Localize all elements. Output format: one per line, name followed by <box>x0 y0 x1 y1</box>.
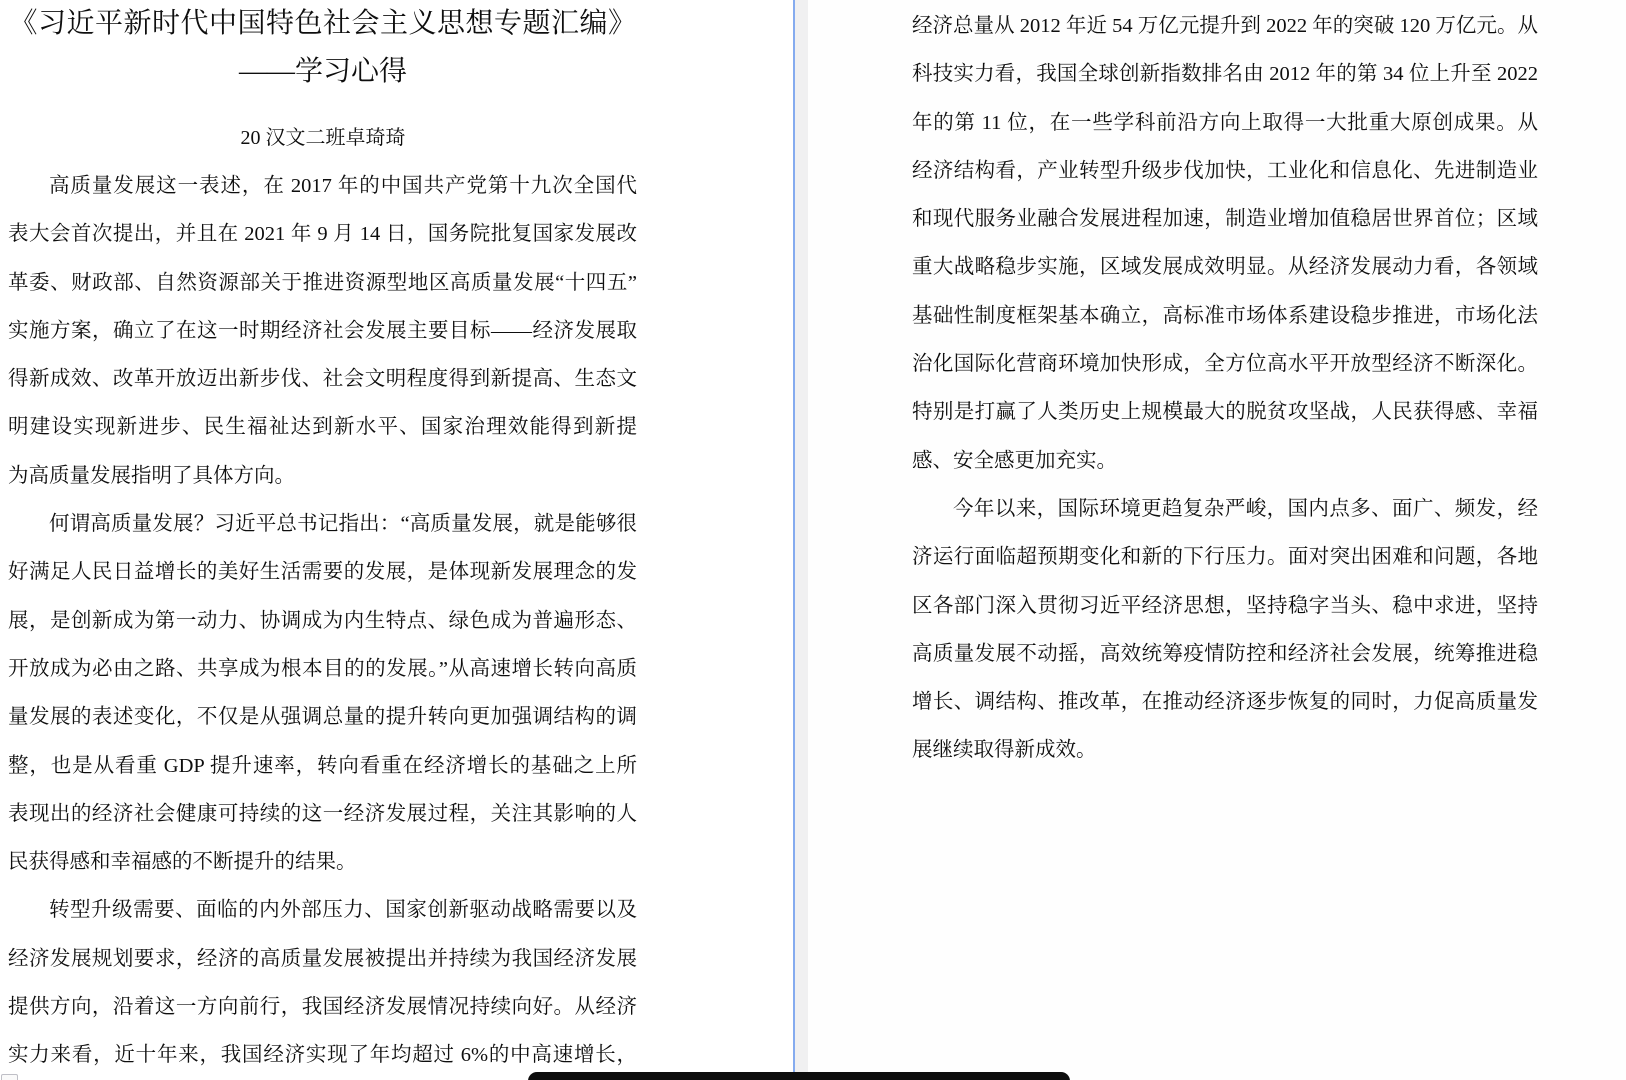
text-line: 经济总量从 2012 年近 54 万亿元提升到 2022 年的突破 120 万亿… <box>912 2 1538 50</box>
text-line: 区各部门深入贯彻习近平经济思想，坚持稳字当头、稳中求进，坚持 <box>912 582 1538 630</box>
text-line: 表大会首次提出，并且在 2021 年 9 月 14 日，国务院批复国家发展改 <box>8 210 637 258</box>
cutoff-ui-fragment <box>1 1074 18 1080</box>
text-line: 感、安全感更加充实。 <box>912 437 1538 485</box>
text-line: 转型升级需要、面临的内外部压力、国家创新驱动战略需要以及 <box>8 886 637 934</box>
document-viewer: 《习近平新时代中国特色社会主义思想专题汇编》 ——学习心得 20 汉文二班卓琦琦… <box>0 0 1626 1080</box>
page-left: 《习近平新时代中国特色社会主义思想专题汇编》 ——学习心得 20 汉文二班卓琦琦… <box>0 0 795 1080</box>
text-line: 为高质量发展指明了具体方向。 <box>8 452 637 500</box>
text-line: 经济发展规划要求，经济的高质量发展被提出并持续为我国经济发展 <box>8 935 637 983</box>
page-gap <box>795 0 808 1080</box>
text-line: 展继续取得新成效。 <box>912 726 1538 774</box>
text-line: 革委、财政部、自然资源部关于推进资源型地区高质量发展“十四五” <box>8 259 637 307</box>
document-subtitle: ——学习心得 <box>8 50 638 94</box>
document-title: 《习近平新时代中国特色社会主义思想专题汇编》 <box>8 2 638 46</box>
text-line: 重大战略稳步实施，区域发展成效明显。从经济发展动力看，各领域 <box>912 243 1538 291</box>
dock-hint-bar[interactable] <box>528 1072 1070 1080</box>
text-line: 何谓高质量发展？习近平总书记指出：“高质量发展，就是能够很 <box>8 500 637 548</box>
text-line: 展，是创新成为第一动力、协调成为内生特点、绿色成为普遍形态、 <box>8 597 637 645</box>
text-line: 基础性制度框架基本确立，高标准市场体系建设稳步推进，市场化法 <box>912 292 1538 340</box>
page-right: 经济总量从 2012 年近 54 万亿元提升到 2022 年的突破 120 万亿… <box>808 0 1626 1080</box>
text-line: 民获得感和幸福感的不断提升的结果。 <box>8 838 637 886</box>
text-line: 年的第 11 位，在一些学科前沿方向上取得一大批重大原创成果。从 <box>912 99 1538 147</box>
right-page-text: 经济总量从 2012 年近 54 万亿元提升到 2022 年的突破 120 万亿… <box>912 2 1538 775</box>
text-line: 开放成为必由之路、共享成为根本目的的发展。”从高速增长转向高质 <box>8 645 637 693</box>
text-line: 治化国际化营商环境加快形成，全方位高水平开放型经济不断深化。 <box>912 340 1538 388</box>
text-line: 高质量发展不动摇，高效统筹疫情防控和经济社会发展，统筹推进稳 <box>912 630 1538 678</box>
text-line: 得新成效、改革开放迈出新步伐、社会文明程度得到新提高、生态文 <box>8 355 637 403</box>
text-line: 科技实力看，我国全球创新指数排名由 2012 年的第 34 位上升至 2022 <box>912 50 1538 98</box>
text-line: 今年以来，国际环境更趋复杂严峻，国内点多、面广、频发，经 <box>912 485 1538 533</box>
text-line: 量发展的表述变化，不仅是从强调总量的提升转向更加强调结构的调 <box>8 693 637 741</box>
text-line: 好满足人民日益增长的美好生活需要的发展，是体现新发展理念的发 <box>8 548 637 596</box>
text-line: 提供方向，沿着这一方向前行，我国经济发展情况持续向好。从经济 <box>8 983 637 1031</box>
text-line: 整，也是从看重 GDP 提升速率，转向看重在经济增长的基础之上所 <box>8 742 637 790</box>
text-line: 增长、调结构、推改革，在推动经济逐步恢复的同时，力促高质量发 <box>912 678 1538 726</box>
left-page-text: 高质量发展这一表述，在 2017 年的中国共产党第十九次全国代表大会首次提出，并… <box>8 162 637 1080</box>
text-line: 表现出的经济社会健康可持续的这一经济发展过程，关注其影响的人 <box>8 790 637 838</box>
text-line: 经济结构看，产业转型升级步伐加快，工业化和信息化、先进制造业 <box>912 147 1538 195</box>
text-line: 济运行面临超预期变化和新的下行压力。面对突出困难和问题，各地 <box>912 533 1538 581</box>
author-line: 20 汉文二班卓琦琦 <box>8 124 638 152</box>
text-line: 明建设实现新进步、民生福祉达到新水平、国家治理效能得到新提升， <box>8 403 637 451</box>
text-line: 实施方案，确立了在这一时期经济社会发展主要目标——经济发展取 <box>8 307 637 355</box>
text-line: 高质量发展这一表述，在 2017 年的中国共产党第十九次全国代 <box>8 162 637 210</box>
text-line: 和现代服务业融合发展进程加速，制造业增加值稳居世界首位；区域 <box>912 195 1538 243</box>
text-line: 特别是打赢了人类历史上规模最大的脱贫攻坚战，人民获得感、幸福 <box>912 388 1538 436</box>
